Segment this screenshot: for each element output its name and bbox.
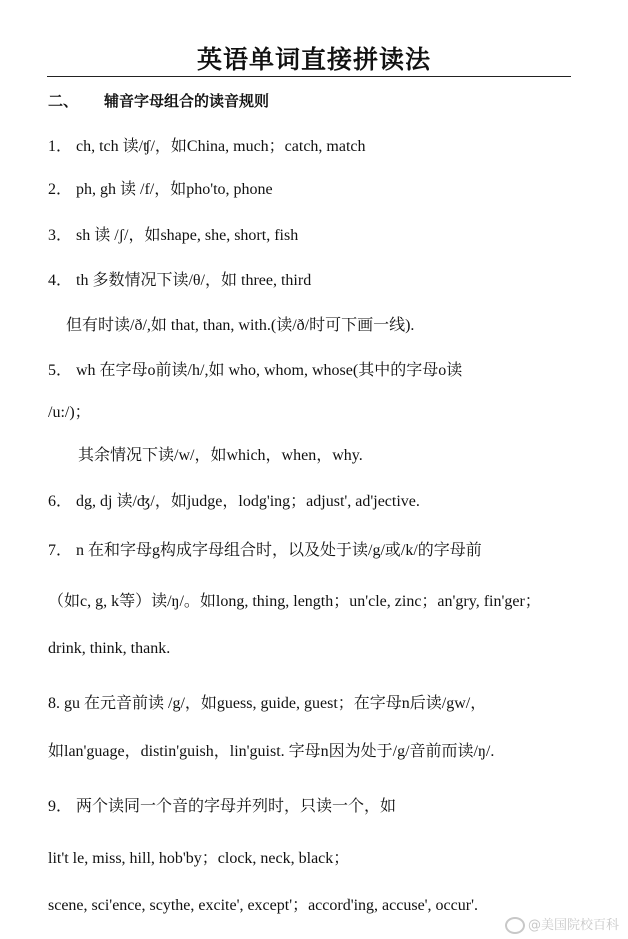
rule-8-continued: 如lan'guage，distin'guish，lin'guist. 字母n因为… (48, 742, 494, 762)
watermark-text: @美国院校百科 (528, 918, 619, 933)
rule-6: 6． dg, dj 读/ʤ/，如judge，lodg'ing；adjust', … (48, 492, 420, 512)
section-number: 二、 (48, 90, 104, 111)
rule-8-main: 8. gu 在元音前读 /g/，如guess, guide, guest；在字母… (48, 694, 486, 714)
title-divider (47, 76, 571, 77)
rule-4-exception: 但有时读/ð/,如 that, than, with.(读/ð/时可下画一线). (66, 316, 414, 336)
rule-5-other: 其余情况下读/w/，如which，when，why. (78, 446, 363, 466)
rule-5-continued: /u:/)； (48, 403, 91, 423)
rule-9-examples-1: lit't le, miss, hill, hob'by；clock, neck… (48, 849, 349, 869)
document-title: 英语单词直接拼读法 (0, 40, 628, 76)
rule-9-examples-2: scene, sci'ence, scythe, excite', except… (48, 896, 478, 916)
rule-1: 1． ch, tch 读/ʧ/，如China, much；catch, matc… (48, 137, 366, 157)
weibo-icon (505, 917, 525, 934)
rule-5-main: 5． wh 在字母o前读/h/,如 who, whom, whose(其中的字母… (48, 361, 462, 381)
rule-7-examples: （如c, g, k等）读/ŋ/。如long, thing, length；un'… (48, 592, 541, 612)
rule-9-main: 9． 两个读同一个音的字母并列时，只读一个，如 (48, 797, 396, 817)
section-title: 辅音字母组合的读音规则 (104, 92, 269, 110)
rule-2: 2． ph, gh 读 /f/，如pho'to, phone (48, 180, 273, 200)
rule-4-main: 4． th 多数情况下读/θ/，如 three, third (48, 271, 311, 291)
rule-7-continued: drink, think, thank. (48, 639, 170, 659)
section-heading: 二、辅音字母组合的读音规则 (48, 90, 269, 111)
watermark: @美国院校百科 (505, 914, 619, 934)
rule-7-main: 7． n 在和字母g构成字母组合时，以及处于读/g/或/k/的字母前 (48, 541, 482, 561)
rule-3: 3． sh 读 /ʃ/，如shape, she, short, fish (48, 226, 298, 246)
